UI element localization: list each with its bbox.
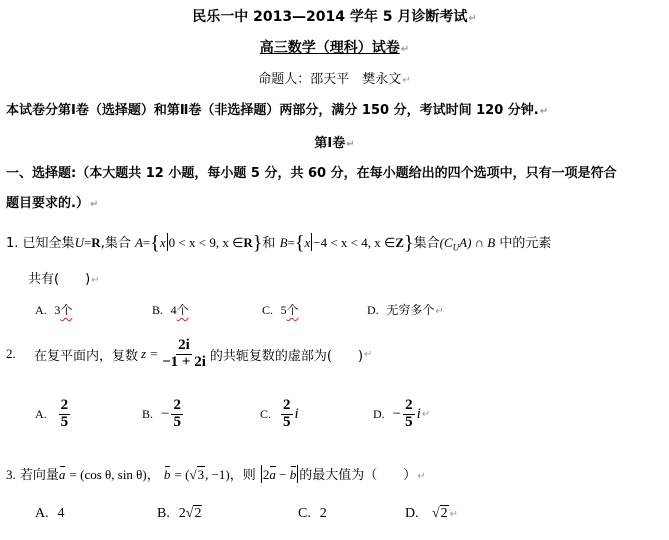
paragraph-mark: ↵ xyxy=(468,13,476,24)
fraction-denominator: 5 xyxy=(171,415,183,431)
section-text: 一、选择题:（本大题共 12 小题，每小题 5 分，共 60 分，在每小题给出的… xyxy=(6,166,617,181)
question-3-option-a[interactable]: A. 4 xyxy=(35,505,65,522)
vector-a: a xyxy=(269,467,276,483)
option-unit: 个 xyxy=(177,303,189,317)
option-suffix: i xyxy=(295,406,299,423)
radicand: 3 xyxy=(197,466,206,482)
vector-a: a xyxy=(59,467,66,483)
sqrt-3: √3 xyxy=(189,467,205,483)
math-op: − xyxy=(276,467,290,482)
question-1-stem: 1. 已知全集U=R,集合 A={x0 < x < 9, x ∈R}和 B={x… xyxy=(6,232,551,259)
stem-text: ,集合 xyxy=(101,236,131,251)
option-label: D. xyxy=(367,303,379,317)
question-number: 1. xyxy=(6,236,18,251)
question-1-option-c[interactable]: C. 5个 xyxy=(262,301,299,318)
option-value: 无穷多个 xyxy=(386,303,434,317)
question-1-stem-cont: 共有( )↵ xyxy=(28,268,100,287)
stem-text: 在复平面内，复数 xyxy=(34,345,138,364)
right-brace: } xyxy=(253,232,263,254)
fraction-numerator: 2 xyxy=(59,398,71,415)
math-expr: (C xyxy=(440,235,453,250)
paragraph-mark: ↵ xyxy=(401,44,409,55)
question-3-stem: 3. 若向量a = (cos θ, sin θ)， b = (√3, −1)，则… xyxy=(6,464,426,483)
radicand: 2 xyxy=(440,505,449,521)
math-cond: −4 < x < 4, x ∈ xyxy=(313,235,395,250)
stem-text: 的最大值为（ ） xyxy=(299,468,416,483)
option-label: B. xyxy=(157,506,170,521)
option-unit: 个 xyxy=(60,303,72,317)
section-text: 题目要求的.） xyxy=(6,196,89,211)
part-title-text: 第Ⅰ卷 xyxy=(314,136,345,151)
stem-text: 共有( ) xyxy=(28,272,90,287)
question-number: 2. xyxy=(6,346,34,362)
question-2-option-c[interactable]: C. 25 i xyxy=(260,398,299,431)
math-expr: = ( xyxy=(175,467,190,482)
paragraph-mark: ↵ xyxy=(417,471,425,482)
sqrt-2: √2 xyxy=(432,506,449,522)
exam-subtitle-text: 高三数学（理科）试卷 xyxy=(260,40,400,56)
option-label: C. xyxy=(298,506,311,521)
authors-label: 命题人： xyxy=(258,72,310,87)
question-1-option-b[interactable]: B. 4个 xyxy=(152,301,189,318)
option-suffix: i xyxy=(417,406,421,423)
question-3-option-c[interactable]: C. 2 xyxy=(298,505,327,522)
stem-text: 和 xyxy=(262,236,275,251)
option-sign: − xyxy=(393,406,401,423)
math-expr: A) ∩ B xyxy=(459,235,495,250)
paragraph-mark: ↵ xyxy=(540,106,548,117)
option-label: B. xyxy=(142,407,153,422)
stem-text: 若向量 xyxy=(20,468,59,483)
stem-text: 集合 xyxy=(414,236,440,251)
right-brace: } xyxy=(404,232,414,254)
option-sign: − xyxy=(161,406,169,423)
radicand: 2 xyxy=(193,505,202,521)
option-label: A. xyxy=(35,506,49,521)
math-var: z = xyxy=(141,346,158,362)
fraction-numerator: 2i xyxy=(176,338,192,355)
fraction-denominator: −1 + 2i xyxy=(160,355,208,371)
exam-title-text: 民乐一中 2013—2014 学年 5 月诊断考试 xyxy=(192,9,467,25)
math-var: x xyxy=(304,235,310,250)
authors-names: 邵天平 樊永文 xyxy=(310,72,401,87)
sqrt-2: √2 xyxy=(186,506,203,522)
math-var: A xyxy=(135,235,143,250)
exam-intro: 本试卷分第Ⅰ卷（选择题）和第Ⅱ卷（非选择题）两部分，满分 150 分，考试时间 … xyxy=(6,99,548,118)
option-label: D. xyxy=(405,506,419,521)
question-1-option-a[interactable]: A. 3个 xyxy=(35,301,72,318)
set-bar xyxy=(167,233,168,251)
option-value: 2 xyxy=(179,506,186,521)
math-var: U xyxy=(75,235,84,250)
option-label: B. xyxy=(152,303,163,317)
question-2-option-a[interactable]: A. 25 xyxy=(35,398,72,431)
paragraph-mark: ↵ xyxy=(91,275,99,286)
option-value: 2 xyxy=(320,506,327,521)
vector-b: b xyxy=(290,467,297,483)
fraction-denominator: 5 xyxy=(59,415,71,431)
paragraph-mark: ↵ xyxy=(450,509,458,520)
paragraph-mark: ↵ xyxy=(402,75,410,86)
fraction-numerator: 2 xyxy=(281,398,293,415)
fraction-denominator: 5 xyxy=(403,415,415,431)
exam-subtitle: 高三数学（理科）试卷↵ xyxy=(0,37,669,57)
paragraph-mark: ↵ xyxy=(90,199,98,210)
stem-text: 已知全集 xyxy=(23,236,75,251)
math-var: x xyxy=(160,235,166,250)
math-var: B xyxy=(280,235,288,250)
intro-text: 本试卷分第Ⅰ卷（选择题）和第Ⅱ卷（非选择题）两部分，满分 150 分，考试时间 … xyxy=(6,103,539,118)
section-instructions-line1: 一、选择题:（本大题共 12 小题，每小题 5 分，共 60 分，在每小题给出的… xyxy=(6,162,617,181)
abs-bar-left xyxy=(261,465,262,483)
option-fraction: 25 xyxy=(59,398,71,431)
exam-title: 民乐一中 2013—2014 学年 5 月诊断考试↵ xyxy=(0,6,669,26)
option-fraction: 25 xyxy=(281,398,293,431)
paragraph-mark: ↵ xyxy=(364,349,372,360)
question-1-option-d[interactable]: D. 无穷多个↵ xyxy=(367,301,444,318)
paragraph-mark: ↵ xyxy=(435,306,443,317)
option-fraction: 25 xyxy=(171,398,183,431)
section-instructions-line2: 题目要求的.）↵ xyxy=(6,192,98,211)
fraction-denominator: 5 xyxy=(281,415,293,431)
math-set: Z xyxy=(395,235,404,250)
fraction-numerator: 2 xyxy=(403,398,415,415)
left-brace: { xyxy=(150,232,160,254)
question-2-option-d[interactable]: D. − 25 i↵ xyxy=(373,398,430,431)
part-title: 第Ⅰ卷↵ xyxy=(0,132,669,151)
math-set: R xyxy=(91,235,100,250)
question-3-option-d[interactable]: D. √2↵ xyxy=(405,505,458,522)
stem-text: 的共轭复数的虚部为( ) xyxy=(210,345,363,364)
option-label: A. xyxy=(35,303,47,317)
question-2-option-b[interactable]: B. − 25 xyxy=(142,398,185,431)
question-2-stem: 2. 在复平面内，复数 z = 2i −1 + 2i 的共轭复数的虚部为( )↵ xyxy=(6,338,372,371)
question-3-option-b[interactable]: B. 2√2 xyxy=(157,505,202,522)
option-label: C. xyxy=(262,303,273,317)
option-value: 4 xyxy=(58,506,65,521)
math-cond: 0 < x < 9, x ∈ xyxy=(169,235,244,250)
fraction-numerator: 2 xyxy=(171,398,183,415)
math-op: = xyxy=(288,235,295,250)
math-expr: , −1)，则 xyxy=(205,467,256,482)
option-label: D. xyxy=(373,407,385,422)
paragraph-mark: ↵ xyxy=(346,139,354,150)
question-number: 3. xyxy=(6,467,16,482)
vector-b: b xyxy=(164,467,171,483)
complex-fraction: 2i −1 + 2i xyxy=(160,338,208,371)
math-expr: = (cos θ, sin θ)， xyxy=(70,467,160,482)
option-label: A. xyxy=(35,407,47,422)
exam-authors: 命题人：邵天平 樊永文↵ xyxy=(0,68,669,87)
option-fraction: 25 xyxy=(403,398,415,431)
stem-text: 中的元素 xyxy=(499,236,551,251)
option-unit: 个 xyxy=(287,303,299,317)
paragraph-mark: ↵ xyxy=(422,409,430,420)
math-set: R xyxy=(243,235,252,250)
option-label: C. xyxy=(260,407,271,422)
